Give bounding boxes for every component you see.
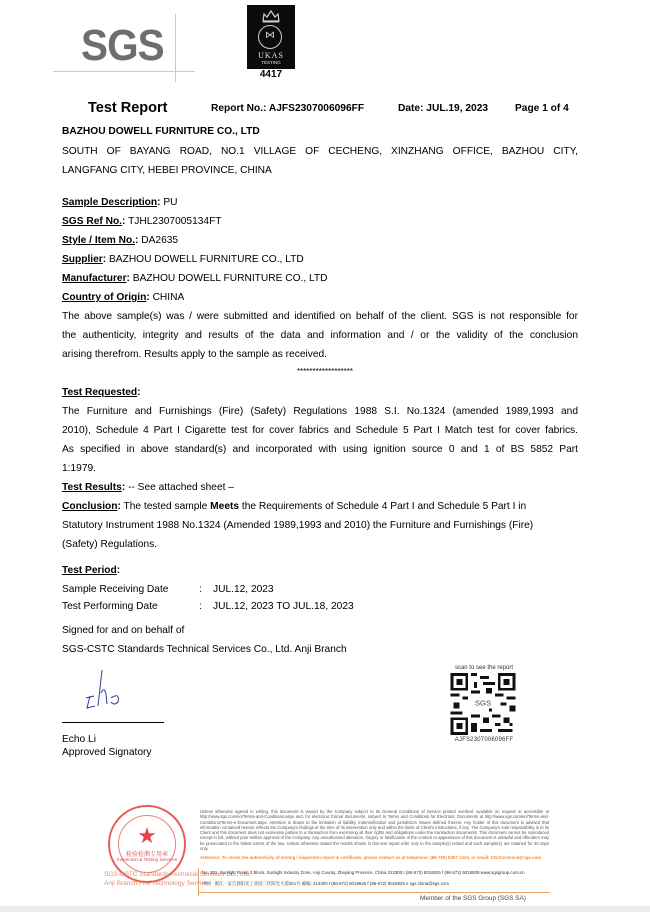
crown-icon xyxy=(261,9,281,23)
seal-english-text: Inspection & Testing Services xyxy=(110,857,184,862)
footer-disclaimer: Unless otherwise agreed in writing, this… xyxy=(200,809,549,851)
logo-rule-horizontal xyxy=(53,71,195,72)
test-results: Test Results: -- See attached sheet – xyxy=(62,481,578,494)
footer-attention: Attention: To check the authenticity of … xyxy=(200,855,549,860)
ukas-accreditation-mark: ⋈ UKAS TESTING xyxy=(247,5,295,69)
test-period-heading: Test Period: xyxy=(62,564,578,577)
disclaimer-line-2: the authenticity, integrity and results … xyxy=(62,329,578,342)
field-label: SGS Ref No. xyxy=(62,216,122,227)
footer-address-cn: 中国 · 浙江 · 安吉县阳光工业园二区阳光大道301号 邮编: 313300 … xyxy=(202,881,449,887)
test-requested-line-2: 2010), Schedule 4 Part I Cigarette test … xyxy=(62,424,578,437)
footer-address-en: No. 301, Sunlight Road, 2 Block, Sunligh… xyxy=(202,870,525,875)
signatory-title: Approved Signatory xyxy=(62,746,578,759)
signature-image xyxy=(80,668,135,720)
field-label: Country of Origin xyxy=(62,292,146,303)
signature-line xyxy=(62,722,164,723)
field-value: BAZHOU DOWELL FURNITURE CO., LTD xyxy=(106,254,304,265)
ukas-tick-icon: ⋈ xyxy=(258,25,282,49)
signing-entity: SGS-CSTC Standards Technical Services Co… xyxy=(62,643,578,656)
field-label: Supplier xyxy=(62,254,103,265)
field-supplier: Supplier: BAZHOU DOWELL FURNITURE CO., L… xyxy=(62,253,578,266)
member-of-sgs-group: Member of the SGS Group (SGS SA) xyxy=(420,895,526,902)
sgs-logo-text: SGS xyxy=(81,24,164,68)
client-name: BAZHOU DOWELL FURNITURE CO., LTD xyxy=(62,125,578,138)
test-requested-line-3: As specified in above standard(s) and in… xyxy=(62,443,578,456)
ukas-number: 4417 xyxy=(247,69,295,80)
footer-rule xyxy=(198,892,550,893)
field-value: PU xyxy=(161,197,178,208)
logo-rule-vertical xyxy=(175,14,176,82)
sgs-logo: SGS xyxy=(53,14,195,82)
branch-line-2: Anji Branch Fire Technology Service xyxy=(104,880,208,887)
field-sgs-ref-no: SGS Ref No.: TJHL2307005134FT xyxy=(62,215,578,228)
conclusion-line-2: Statutory Instrument 1988 No.1324 (Amend… xyxy=(62,519,578,532)
test-requested-heading: Test Requested: xyxy=(62,386,578,399)
separator: ****************** xyxy=(0,367,650,376)
field-style-item-no: Style / Item No.: DA2635 xyxy=(62,234,578,247)
client-address-line-2: LANGFANG CITY, HEBEI PROVINCE, CHINA xyxy=(62,164,578,177)
test-period-row: Test Performing Date : JUL.12, 2023 TO J… xyxy=(62,600,578,613)
client-address-line-1: SOUTH OF BAYANG ROAD, NO.1 VILLAGE OF CE… xyxy=(62,145,578,158)
qr-report-code: AJFS2307006096FF xyxy=(448,737,520,743)
page-bottom-edge xyxy=(0,906,650,912)
star-icon: ★ xyxy=(110,825,184,847)
report-date: Date: JUL.19, 2023 xyxy=(398,103,488,114)
report-number: Report No.: AJFS2307006096FF xyxy=(211,103,364,114)
qr-code-icon[interactable]: SGS xyxy=(450,673,516,735)
field-value: TJHL2307005134FT xyxy=(125,216,221,227)
disclaimer-line-1: The above sample(s) was / were submitted… xyxy=(62,310,578,323)
qr-caption: scan to see the report xyxy=(448,665,520,671)
conclusion-verdict: Meets xyxy=(210,501,239,512)
ukas-sub-label: TESTING xyxy=(247,60,295,66)
signed-for-line: Signed for and on behalf of xyxy=(62,624,578,637)
conclusion-line-1: Conclusion: The tested sample Meets the … xyxy=(62,500,578,513)
document-title: Test Report xyxy=(88,100,168,116)
page-indicator: Page 1 of 4 xyxy=(515,103,569,114)
field-country-of-origin: Country of Origin: CHINA xyxy=(62,291,578,304)
test-requested-line-4: 1:1979. xyxy=(62,462,578,475)
test-period-row: Sample Receiving Date : JUL.12, 2023 xyxy=(62,583,578,596)
ukas-label: UKAS xyxy=(247,51,295,60)
field-label: Style / Item No. xyxy=(62,235,135,246)
svg-text:SGS: SGS xyxy=(475,698,491,707)
field-label: Manufacturer xyxy=(62,273,127,284)
field-value: BAZHOU DOWELL FURNITURE CO., LTD xyxy=(130,273,328,284)
field-sample-description: Sample Description: PU xyxy=(62,196,578,209)
field-manufacturer: Manufacturer: BAZHOU DOWELL FURNITURE CO… xyxy=(62,272,578,285)
disclaimer-line-3: arising therefrom. Results apply to the … xyxy=(62,348,578,361)
conclusion-line-3: (Safety) Regulations. xyxy=(62,538,578,551)
field-value: CHINA xyxy=(150,292,185,303)
field-value: DA2635 xyxy=(138,235,178,246)
field-label: Sample Description xyxy=(62,197,157,208)
test-requested-line-1: The Furniture and Furnishings (Fire) (Sa… xyxy=(62,405,578,418)
